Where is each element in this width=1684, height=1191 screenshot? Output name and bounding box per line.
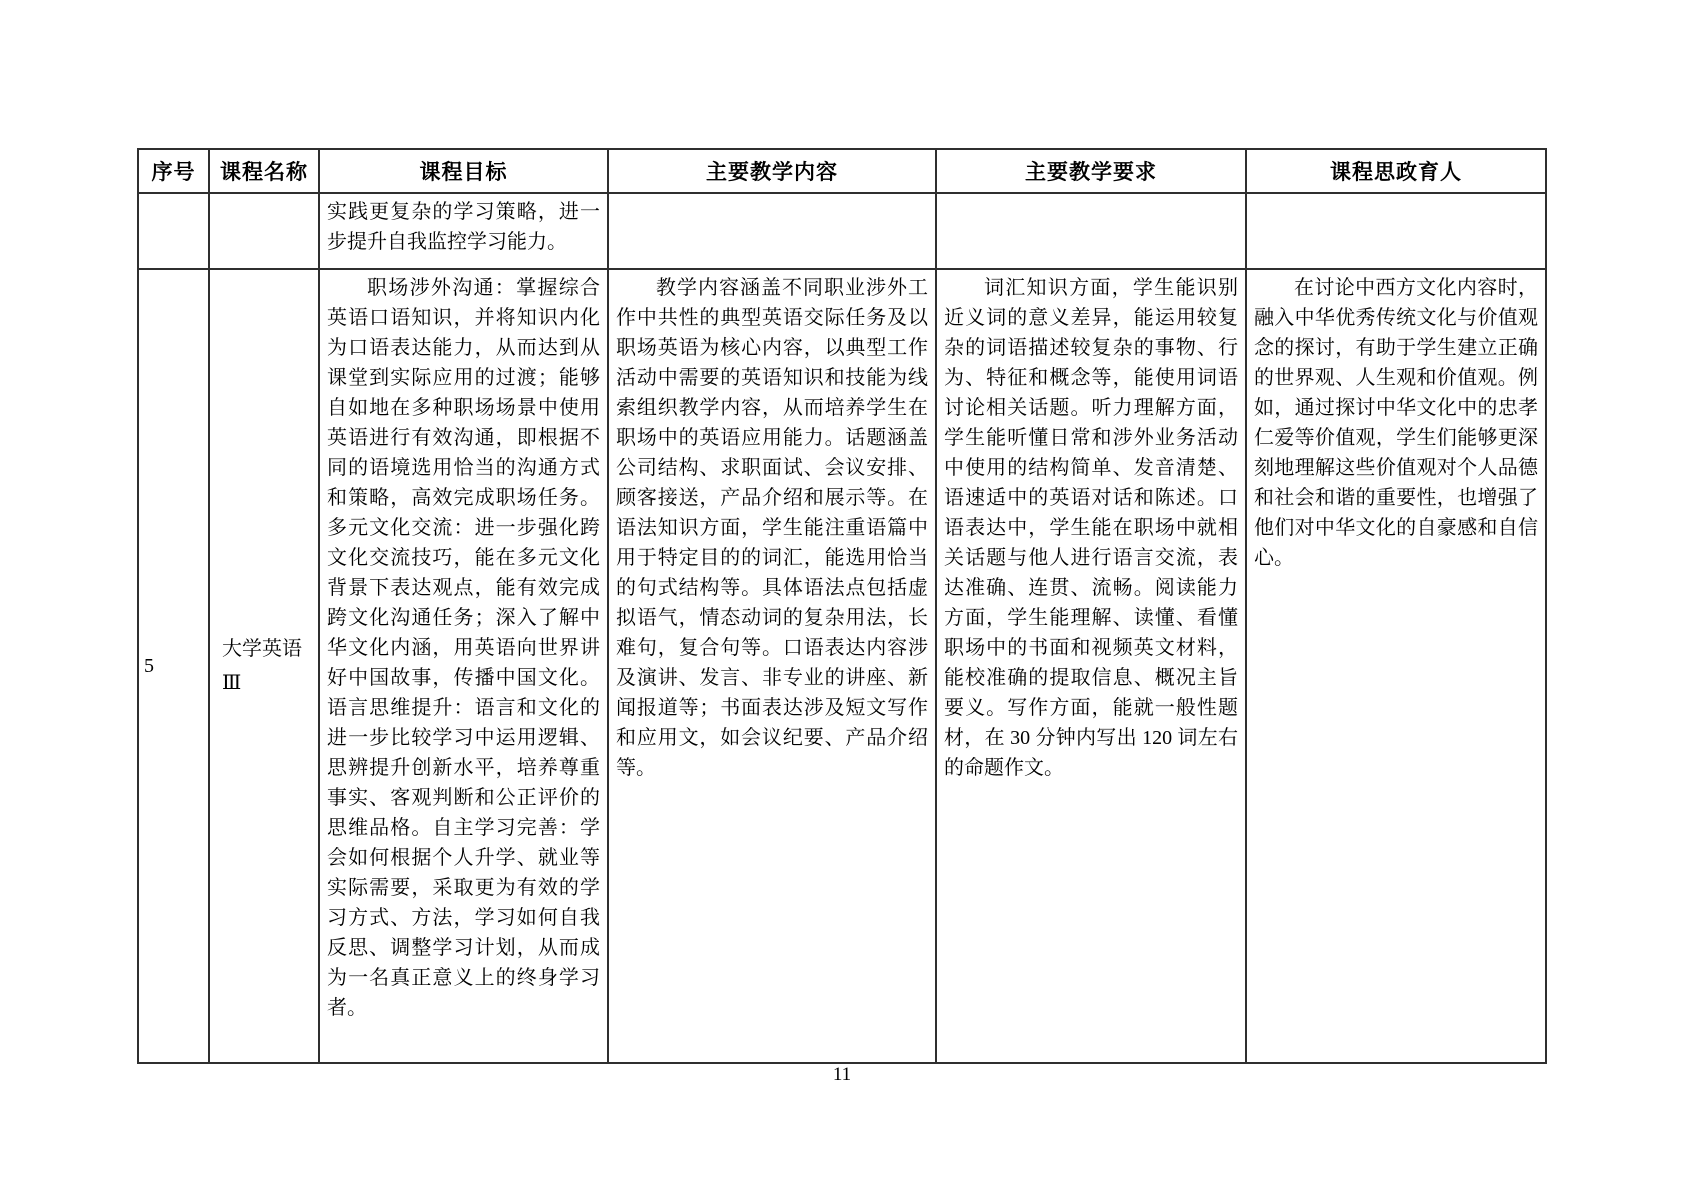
document-page: 序号 课程名称 课程目标 主要教学内容 主要教学要求 课程思政育人 实践更复杂的… xyxy=(0,0,1684,1191)
header-course-objectives: 课程目标 xyxy=(319,149,608,193)
page-number: 11 xyxy=(0,1064,1684,1086)
cell-ideology-education: 在讨论中西方文化内容时，融入中华优秀传统文化与价值观念的探讨，有助于学生建立正确… xyxy=(1246,269,1546,1063)
table-row-continuation: 实践更复杂的学习策略，进一步提升自我监控学习能力。 xyxy=(138,193,1546,269)
cell-seq: 5 xyxy=(138,269,209,1063)
cell-course-objectives: 实践更复杂的学习策略，进一步提升自我监控学习能力。 xyxy=(319,193,608,269)
cell-seq xyxy=(138,193,209,269)
course-table: 序号 课程名称 课程目标 主要教学内容 主要教学要求 课程思政育人 实践更复杂的… xyxy=(137,148,1547,1064)
header-teaching-requirements: 主要教学要求 xyxy=(936,149,1246,193)
cell-course-name: 大学英语Ⅲ xyxy=(209,269,319,1063)
header-course-name: 课程名称 xyxy=(209,149,319,193)
table-header-row: 序号 课程名称 课程目标 主要教学内容 主要教学要求 课程思政育人 xyxy=(138,149,1546,193)
header-ideology-education: 课程思政育人 xyxy=(1246,149,1546,193)
header-teaching-content: 主要教学内容 xyxy=(608,149,936,193)
cell-course-objectives: 职场涉外沟通：掌握综合英语口语知识，并将知识内化为口语表达能力，从而达到从课堂到… xyxy=(319,269,608,1063)
table-row-course-5: 5 大学英语Ⅲ 职场涉外沟通：掌握综合英语口语知识，并将知识内化为口语表达能力，… xyxy=(138,269,1546,1063)
cell-ideology-education xyxy=(1246,193,1546,269)
cell-teaching-requirements: 词汇知识方面，学生能识别近义词的意义差异，能运用较复杂的词语描述较复杂的事物、行… xyxy=(936,269,1246,1063)
cell-teaching-content xyxy=(608,193,936,269)
header-seq: 序号 xyxy=(138,149,209,193)
cell-teaching-requirements xyxy=(936,193,1246,269)
cell-course-name xyxy=(209,193,319,269)
cell-teaching-content: 教学内容涵盖不同职业涉外工作中共性的典型英语交际任务及以职场英语为核心内容，以典… xyxy=(608,269,936,1063)
